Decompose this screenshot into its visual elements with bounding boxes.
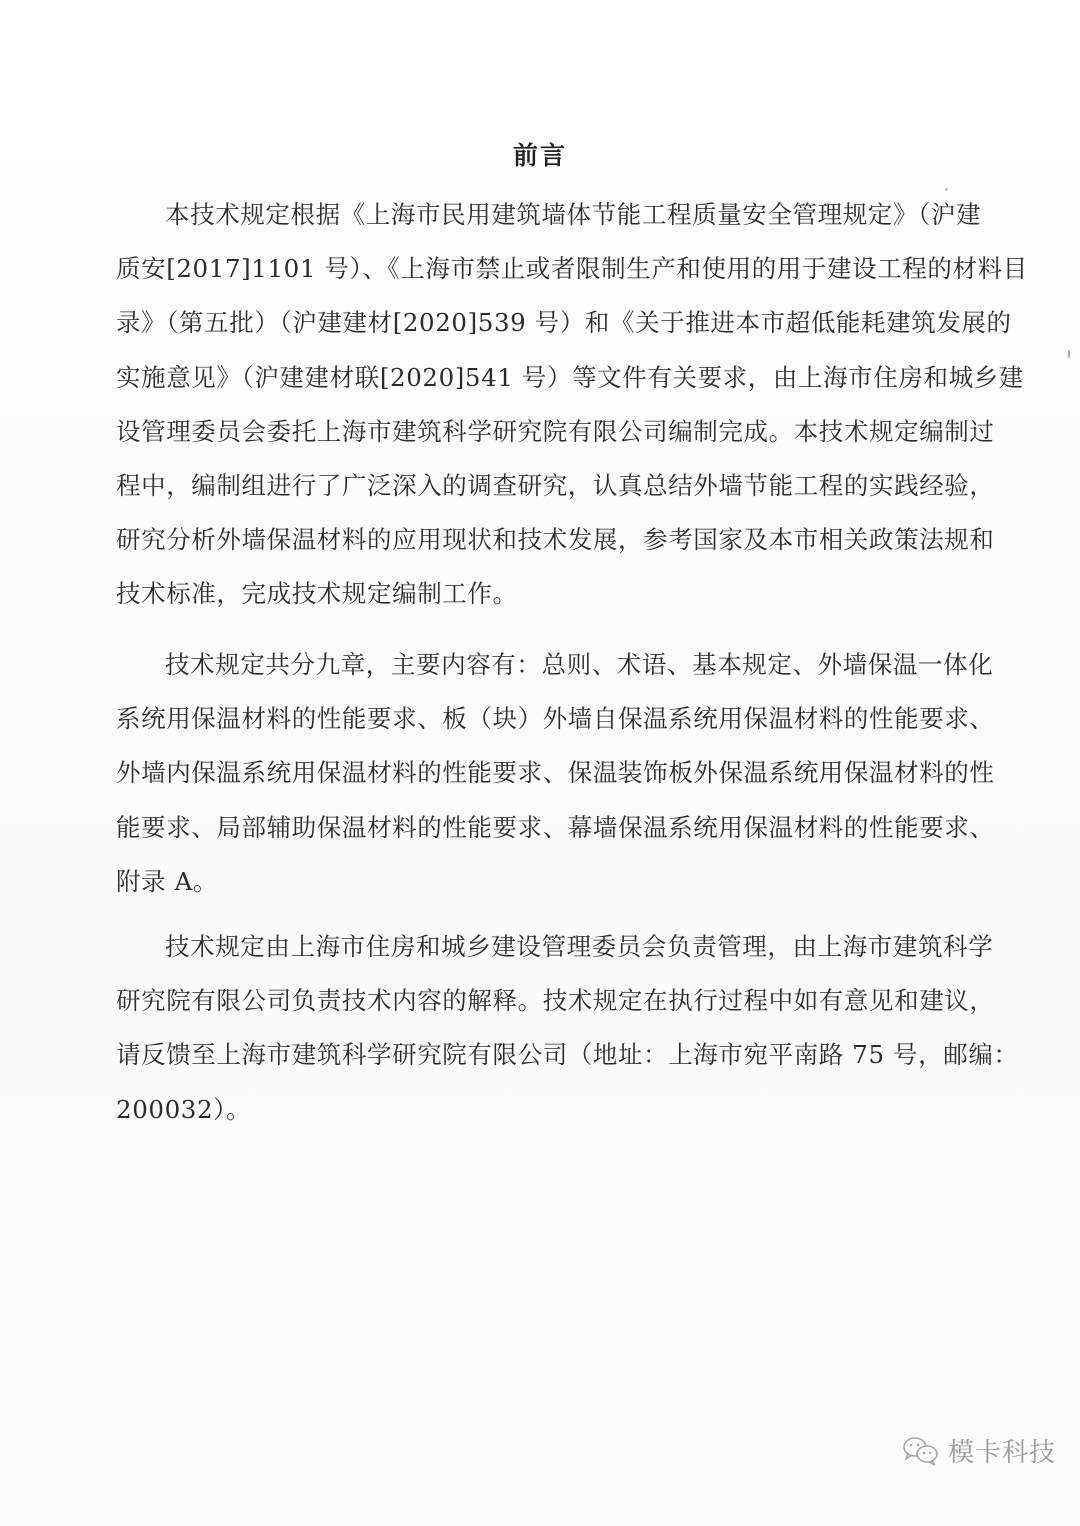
paragraph-line: 技术规定共分九章，主要内容有：总则、术语、基本规定、外墙保温一体化 [116, 638, 934, 692]
paragraph-line: 研究院有限公司负责技术内容的解释。技术规定在执行过程中如有意见和建议， [116, 974, 934, 1028]
scan-speck [945, 188, 948, 191]
paragraph-management: 技术规定由上海市住房和城乡建设管理委员会负责管理，由上海市建筑科学 研究院有限公… [116, 920, 934, 1137]
paragraph-line: 录》（第五批）（沪建建材[2020]539 号）和《关于推进本市超低能耗建筑发展… [116, 296, 934, 350]
paragraph-line: 200032）。 [116, 1083, 934, 1137]
paragraph-line: 系统用保温材料的性能要求、板（块）外墙自保温系统用保温材料的性能要求、 [116, 692, 934, 746]
paragraph-line: 请反馈至上海市建筑科学研究院有限公司（地址：上海市宛平南路 75 号，邮编： [116, 1028, 934, 1082]
paragraph-line: 程中，编制组进行了广泛深入的调查研究，认真总结外墙节能工程的实践经验， [116, 459, 934, 513]
paragraph-chapters: 技术规定共分九章，主要内容有：总则、术语、基本规定、外墙保温一体化 系统用保温材… [116, 638, 934, 909]
paragraph-line: 附录 A。 [116, 855, 934, 909]
paragraph-line: 研究分析外墙保温材料的应用现状和技术发展，参考国家及本市相关政策法规和 [116, 513, 934, 567]
paragraph-line: 技术规定由上海市住房和城乡建设管理委员会负责管理，由上海市建筑科学 [116, 920, 934, 974]
wechat-icon [902, 1436, 940, 1466]
watermark: 模卡科技 [902, 1432, 1056, 1469]
paragraph-line: 技术标准，完成技术规定编制工作。 [116, 567, 934, 621]
paragraph-line: 外墙内保温系统用保温材料的性能要求、保温装饰板外保温系统用保温材料的性 [116, 746, 934, 800]
watermark-text: 模卡科技 [948, 1432, 1056, 1469]
page-title: 前言 [0, 136, 1080, 172]
paragraph-line: 本技术规定根据《上海市民用建筑墙体节能工程质量安全管理规定》（沪建 [116, 188, 934, 242]
document-page: 前言 本技术规定根据《上海市民用建筑墙体节能工程质量安全管理规定》（沪建 质安[… [0, 0, 1080, 1526]
paragraph-basis: 本技术规定根据《上海市民用建筑墙体节能工程质量安全管理规定》（沪建 质安[201… [116, 188, 934, 622]
paragraph-line: 实施意见》（沪建建材联[2020]541 号）等文件有关要求，由上海市住房和城乡… [116, 351, 934, 405]
paragraph-line: 设管理委员会委托上海市建筑科学研究院有限公司编制完成。本技术规定编制过 [116, 405, 934, 459]
paragraph-line: 能要求、局部辅助保温材料的性能要求、幕墙保温系统用保温材料的性能要求、 [116, 801, 934, 855]
paragraph-line: 质安[2017]1101 号）、《上海市禁止或者限制生产和使用的用于建设工程的材… [116, 242, 934, 296]
scan-speck [1068, 350, 1070, 358]
